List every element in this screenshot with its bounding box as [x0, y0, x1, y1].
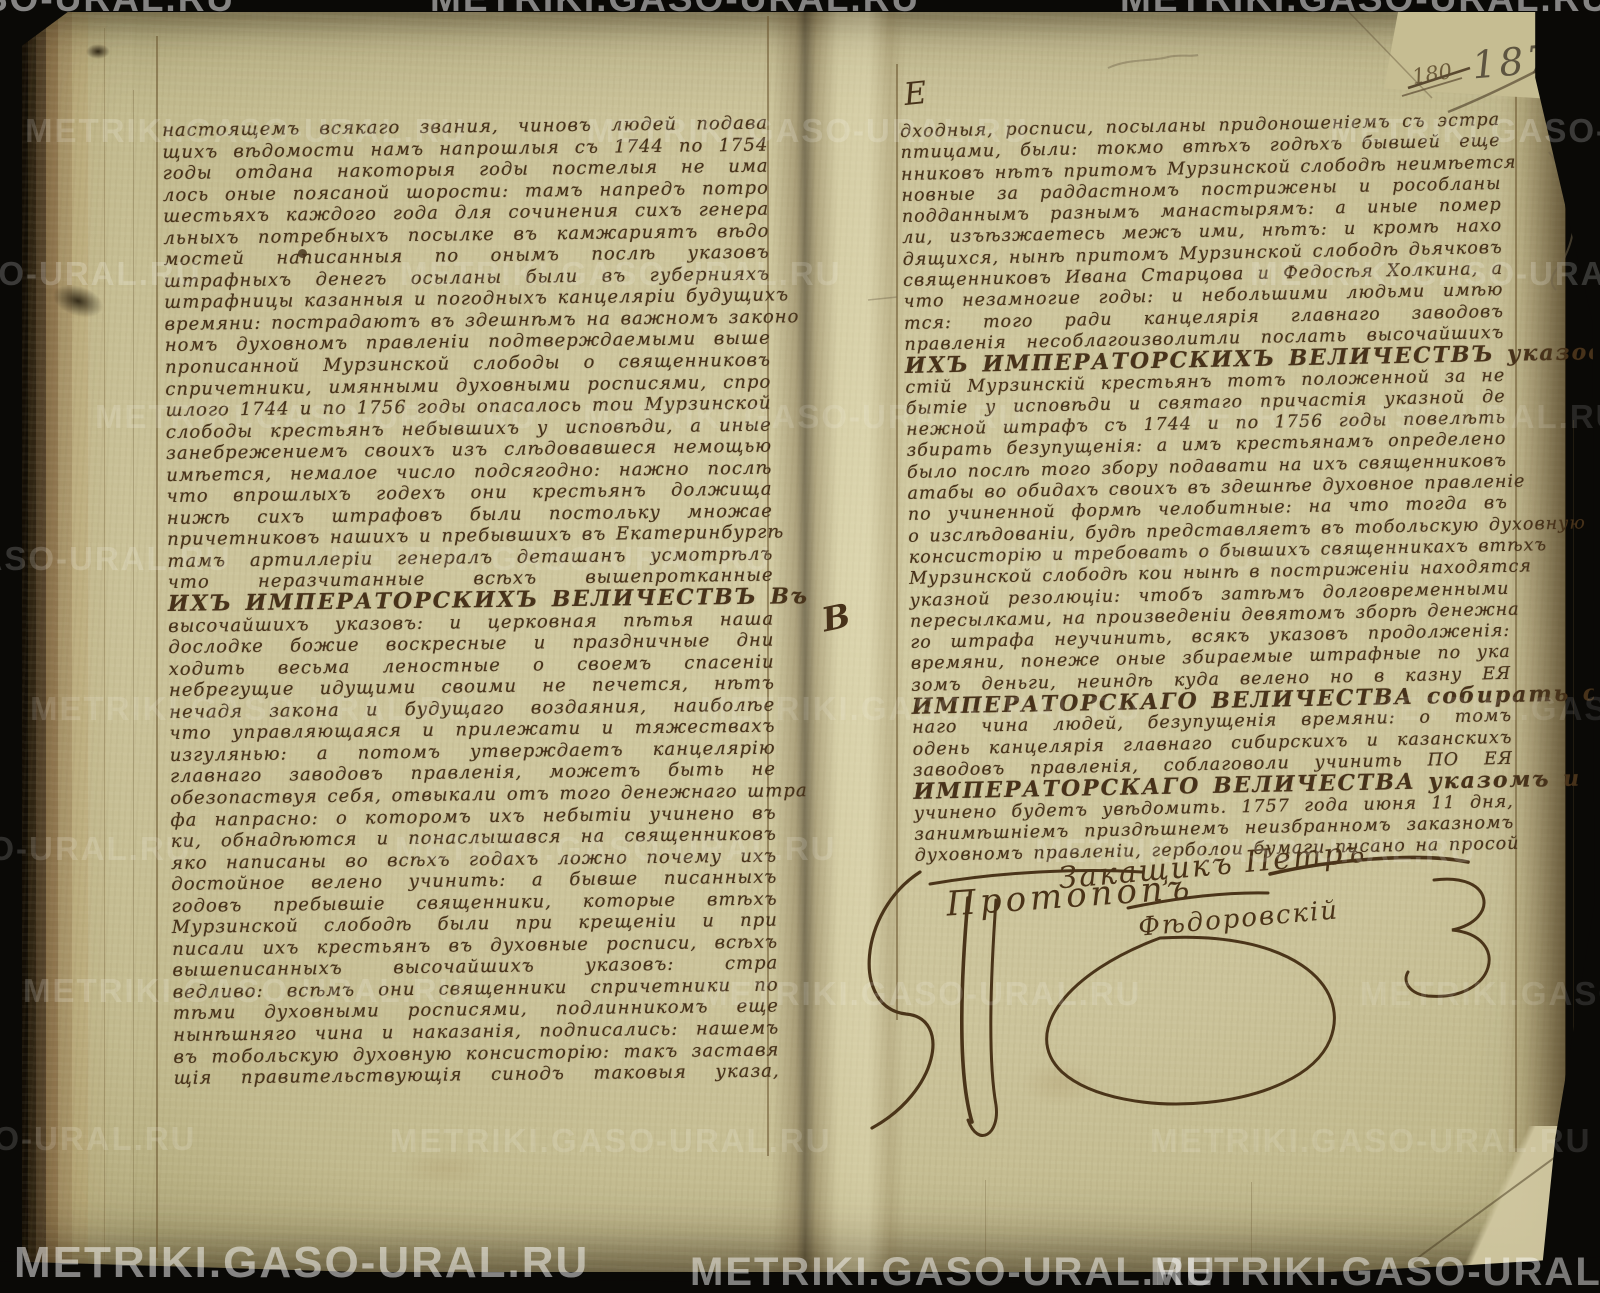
- right-manuscript-page: дходныя, росписи, посыланы придоношенiем…: [900, 110, 1515, 867]
- right-page-margin-line: [896, 64, 898, 1020]
- paper-crease: [104, 28, 105, 1260]
- paper-crease: [1251, 1182, 1252, 1260]
- paper-crease: [133, 90, 134, 1255]
- left-manuscript-page: настоящемъ всякаго звания, чиновъ людей …: [162, 113, 780, 1090]
- paragraph-initial-mark: Е: [902, 75, 928, 113]
- scan-border-left: [0, 0, 22, 1293]
- archival-scan: настоящемъ всякаго звания, чиновъ людей …: [0, 0, 1600, 1293]
- scan-border-top: [0, 0, 1600, 12]
- left-page-margin-line: [156, 36, 158, 1258]
- paper-crease: [985, 1180, 986, 1260]
